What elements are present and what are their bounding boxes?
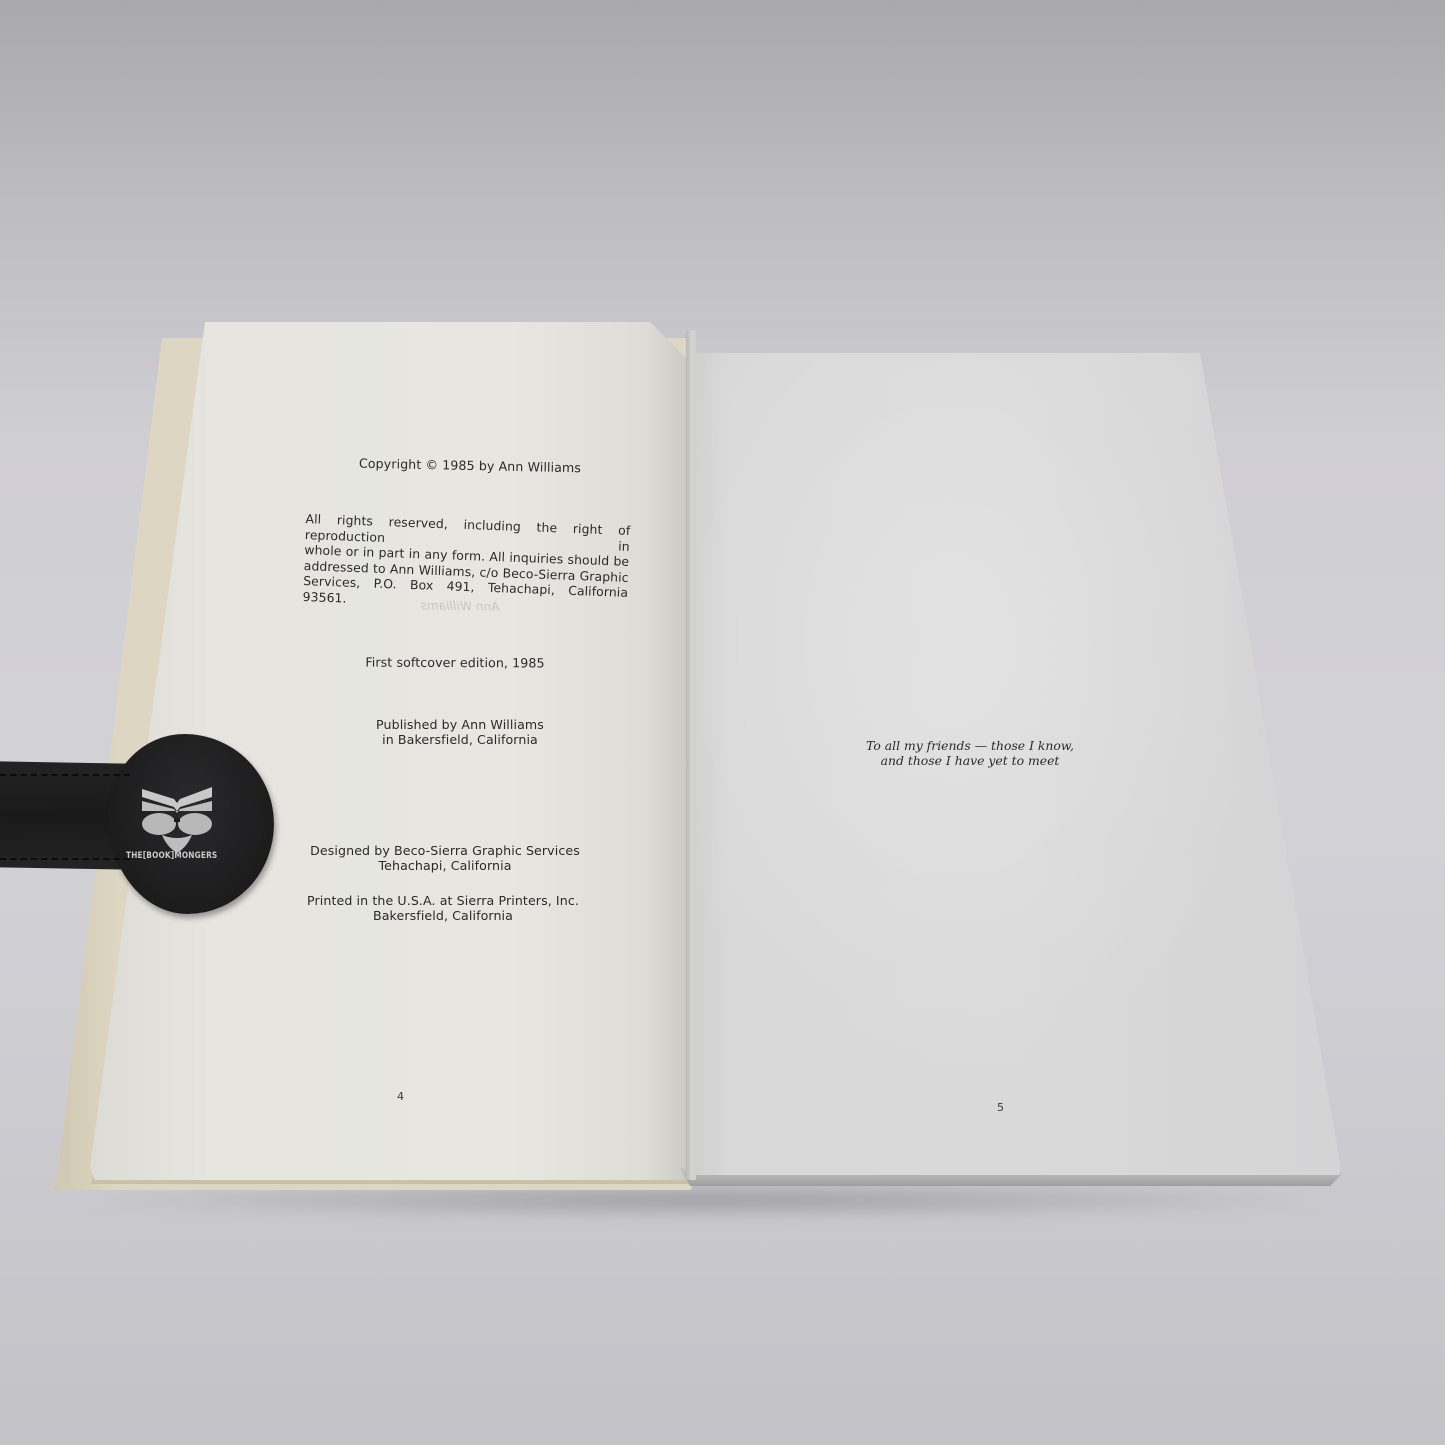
- bookmark-brand-text: THE[BOOK]MONGERS: [126, 851, 208, 861]
- published-line: in Bakersfield, California: [345, 732, 575, 747]
- edition-line: First softcover edition, 1985: [340, 654, 570, 671]
- published-block: Published by Ann Williams in Bakersfield…: [345, 717, 575, 747]
- designed-line: Tehachapi, California: [300, 858, 590, 873]
- show-through-text: Ann Williams: [380, 597, 540, 616]
- page-number-right: 5: [997, 1101, 1004, 1114]
- printed-line: Printed in the U.S.A. at Sierra Printers…: [293, 893, 593, 908]
- dedication-line: and those I have yet to meet: [820, 753, 1120, 768]
- dedication-line: To all my friends — those I know,: [820, 738, 1120, 753]
- dedication: To all my friends — those I know, and th…: [820, 738, 1120, 768]
- photo-scene: Copyright © 1985 by Ann Williams All rig…: [0, 0, 1445, 1445]
- designed-line: Designed by Beco-Sierra Graphic Services: [300, 843, 590, 858]
- published-line: Published by Ann Williams: [345, 717, 575, 732]
- printed-line: Bakersfield, California: [293, 908, 593, 923]
- designed-block: Designed by Beco-Sierra Graphic Services…: [300, 843, 590, 873]
- stitch-line: [0, 858, 130, 860]
- printed-block: Printed in the U.S.A. at Sierra Printers…: [293, 893, 593, 923]
- page-number-left: 4: [397, 1090, 404, 1103]
- stitch-line: [0, 774, 130, 776]
- book-gutter: [686, 330, 696, 1180]
